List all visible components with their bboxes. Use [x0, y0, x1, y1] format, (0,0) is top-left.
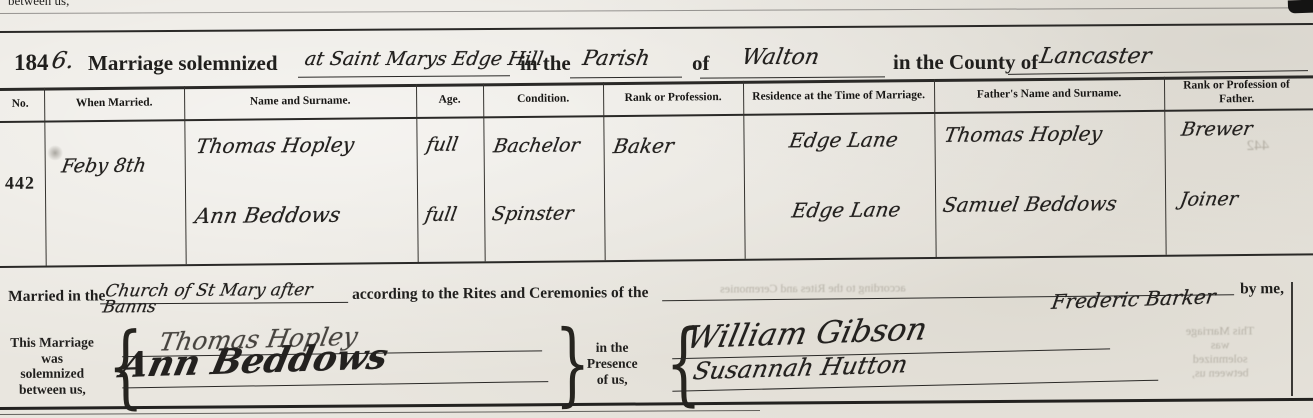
bride-name: Ann Beddows: [193, 203, 342, 228]
col-header-father-name: Father's Name and Surname.: [934, 77, 1164, 112]
married-in-the-label: Married in the: [8, 287, 105, 306]
col-header-age: Age.: [416, 83, 483, 117]
col-header-father-profession: Rank or Profession of Father.: [1164, 75, 1309, 109]
bride-signature: Ann Beddows: [117, 336, 392, 386]
written-place: at Saint Marys Edge Hill: [303, 48, 545, 70]
header-marriage-solemnized: Marriage solemnized: [88, 51, 278, 76]
year-printed: 184: [14, 50, 49, 76]
ink-smudge: [47, 145, 64, 160]
parish-underline: [700, 76, 885, 79]
entry-number: 442: [5, 173, 35, 194]
bleedthrough-line: was: [1160, 337, 1280, 352]
county-underline: [1008, 70, 1308, 75]
bride-residence: Edge Lane: [790, 197, 902, 222]
bleedthrough-line: solemnized: [1160, 351, 1280, 366]
by-me-label: by me,: [1240, 280, 1284, 298]
entry-when-married: Feby 8th: [60, 155, 148, 178]
header-county-printed: in the County of: [893, 50, 1038, 75]
bleedthrough-line: This Marriage: [1160, 323, 1280, 338]
witness-signature: William Gibson: [683, 311, 930, 356]
bride-father-name: Samuel Beddows: [941, 191, 1119, 217]
top-faint-rule: [0, 7, 1313, 14]
label-line: between us,: [2, 381, 102, 397]
register-table: No. When Married. Name and Surname. Age.…: [0, 75, 1313, 268]
year-written: 6.: [50, 48, 77, 74]
groom-age: full: [425, 134, 460, 156]
col-header-no: No.: [0, 88, 44, 121]
groom-father-profession: Brewer: [1180, 118, 1255, 141]
bleedthrough-right-block: This Marriage was solemnized between us,: [1160, 323, 1280, 380]
page-fold-line: [1291, 282, 1293, 396]
groom-residence: Edge Lane: [788, 127, 900, 152]
previous-record-fragment: between us,: [8, 0, 69, 9]
bride-condition: Spinster: [490, 202, 575, 225]
groom-condition: Bachelor: [492, 134, 582, 157]
marriage-register-scan: between us, 184 6. Marriage solemnized a…: [0, 0, 1313, 418]
col-header-rank-profession: Rank or Profession.: [603, 81, 743, 115]
label-line: solemnized: [2, 365, 102, 381]
form-top-rule: [0, 23, 1313, 33]
label-line: This Marriage: [2, 334, 102, 350]
written-county: Lancaster: [1038, 44, 1153, 69]
corner-ink-mark: [1288, 0, 1313, 13]
groom-name: Thomas Hopley: [195, 133, 357, 159]
bleedthrough-number: 442: [1247, 138, 1270, 155]
bleedthrough-mid: according to the Rites and Ceremonies: [720, 280, 906, 296]
this-marriage-label: This Marriage was solemnized between us,: [2, 334, 102, 397]
ceremony-line: Married in the Church of St Mary after B…: [0, 270, 1313, 330]
label-line: was: [2, 350, 102, 366]
witness-signature: Susannah Hutton: [691, 350, 910, 385]
groom-profession: Baker: [612, 133, 676, 158]
col-header-residence: Residence at the Time of Marriage.: [743, 79, 934, 114]
col-header-condition: Condition.: [483, 82, 603, 116]
header-of-1: of: [692, 51, 710, 76]
groom-father-name: Thomas Hopley: [942, 121, 1104, 147]
district-underline: [570, 77, 682, 79]
col-header-when-married: When Married.: [44, 86, 184, 120]
presence-label: in the Presence of us,: [568, 340, 656, 388]
bleedthrough-line: between us,: [1160, 365, 1280, 380]
rites-ceremonies-label: according to the Rites and Ceremonies of…: [352, 284, 648, 304]
bride-age: full: [423, 204, 458, 226]
label-line: Presence: [568, 356, 656, 372]
col-header-name-surname: Name and Surname.: [184, 84, 416, 119]
written-district: Parish: [581, 46, 652, 70]
written-parish: Walton: [740, 45, 822, 70]
table-border-bottom: [0, 253, 1313, 268]
header-in-the: in the: [520, 51, 571, 76]
label-line: in the: [568, 340, 656, 356]
bride-father-profession: Joiner: [1178, 188, 1239, 211]
place-underline: [298, 75, 510, 78]
written-church: Church of St Mary after Banns: [101, 282, 356, 316]
label-line: of us,: [568, 372, 656, 388]
officiant-signature: Frederic Barker: [1050, 284, 1217, 314]
